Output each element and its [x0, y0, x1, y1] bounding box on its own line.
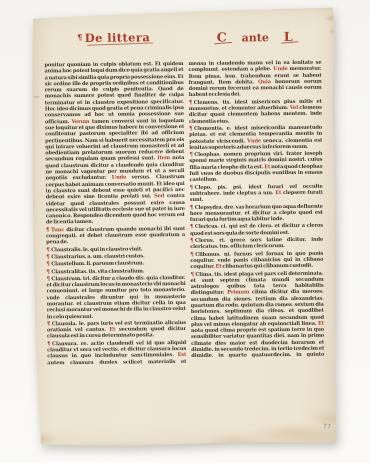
entry-block: ¶Clementia. e. idest misericordia mansue…	[189, 125, 322, 151]
entry-block: ¶Clepo. pis. psi. idest furari vel occul…	[190, 183, 323, 203]
entry-block: ¶Clerus. ri. grece sors latine dicitur. …	[190, 237, 323, 251]
entry-block: ¶Claustellum. li. paruum claustrum.	[46, 260, 185, 268]
running-head-letter-c: C	[217, 30, 227, 45]
entry-block: ¶Tunc dicitur claustrum quando monachi i…	[46, 226, 185, 246]
running-head-word-ante: ante	[242, 31, 269, 44]
entry-block: ¶Clausula. le. pars iuris vel est termin…	[47, 320, 186, 340]
rubricated-word: Tunc	[51, 227, 64, 233]
entry-block: ¶Clericus. ci. qui est de clero. et dici…	[190, 223, 323, 237]
text-column-left: ponitur quoniam in culpis oblatum est. E…	[44, 61, 186, 364]
rubricated-word: Unde	[273, 66, 287, 72]
rubricated-word: Vnde	[247, 138, 261, 144]
rubricated-word: Unde	[112, 175, 126, 181]
entry-block: ¶Cleophas. nomen proprium viri. frater i…	[189, 151, 322, 184]
running-head-left-text: De littera	[85, 30, 151, 45]
rubricated-word: Verum	[72, 119, 90, 125]
entry-block: ¶Clausura. re. actio claudendi vel id qu…	[47, 340, 186, 365]
entry-block: ¶Clibanus. ni. furnus vel fornax in quo …	[190, 250, 323, 270]
paragraph-block: ponitur quoniam in culpis oblatum est. E…	[44, 61, 185, 226]
entry-block: ¶Clepsydra. dre. vas horarium quo aqua d…	[190, 203, 323, 223]
manuscript-leaf: ¶De littera C ante L ponitur quoniam in …	[31, 8, 338, 448]
rubricated-word: Primum	[227, 290, 249, 296]
running-head-letter-l: L	[284, 29, 293, 44]
entry-block: ¶Clima. tis. idest plaga vel pars celi d…	[190, 270, 324, 358]
rubricated-word: Item	[157, 156, 170, 162]
running-head-left: ¶De littera	[44, 30, 183, 45]
leaf-shadow-wrapper: ¶De littera C ante L ponitur quoniam in …	[0, 0, 370, 463]
entry-block: ¶Claustrarius. a. um. claustri custos.	[46, 253, 185, 261]
entry-block: ¶Claustralis. le. qui in claustro viuit.	[46, 246, 185, 254]
text-column-right: mensa in claudendo manu vel in ea lenita…	[188, 60, 324, 358]
photo-background: ¶De littera C ante L ponitur quoniam in …	[0, 0, 370, 463]
margin-mark	[34, 96, 39, 97]
rubricated-word: Quia	[258, 79, 271, 85]
running-head-right: C ante L	[188, 29, 321, 45]
paraph-mark-icon: ¶	[77, 32, 83, 42]
folio-annotation: 77	[323, 423, 331, 431]
rubricated-word: Et	[318, 321, 324, 327]
entry-block: ¶Clemens. tis. idest misericors pius mit…	[189, 98, 322, 124]
rubricated-word: Est	[178, 352, 187, 358]
paragraph-block: mensa in claudendo manu vel in ea lenita…	[188, 60, 321, 99]
entry-block: ¶Claustralitas. tis. vita claustralium.	[46, 267, 185, 275]
entry-block: ¶Claustrum. tri. dicitur a claudo dis. q…	[46, 275, 185, 320]
